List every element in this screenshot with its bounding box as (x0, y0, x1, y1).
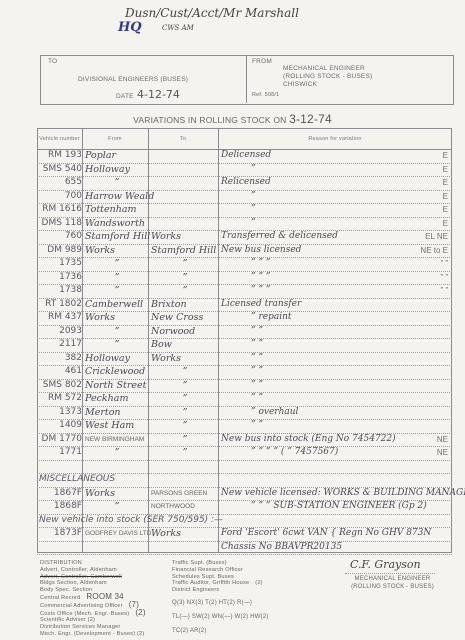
from-label: FROM (252, 58, 272, 65)
cell-vehicle (39, 460, 82, 474)
cell-from: Holloway (85, 352, 149, 366)
cell-code (408, 325, 448, 339)
cell-code (408, 379, 448, 393)
cell-reason: Ford 'Escort' 6cwt VAN { Regn No GHV 873… (221, 527, 421, 541)
cell-from: Tottenham (85, 203, 149, 217)
cell-vehicle: 382 (39, 352, 82, 366)
cell-reason: New bus into stock (Eng No 7454722) (221, 433, 421, 447)
cell-vehicle: 1867F (39, 487, 82, 501)
cell-code (408, 406, 448, 420)
distribution-item-text: Distribution Services Manager (40, 624, 120, 630)
district-codes-2: TL(—) SW(2) WN(—) W(2) HW(2) (172, 614, 269, 620)
cell-vehicle: 1735 (39, 257, 82, 271)
from-line-3: CHISWICK (283, 81, 317, 88)
distribution-item: Advert, Controller, Aldenham (40, 567, 146, 574)
cell-to: Works (151, 352, 219, 366)
distribution-list-right: Traffic Supt. (Buses)Financial Research … (172, 560, 263, 594)
cell-vehicle: RM 193 (39, 149, 82, 163)
cell-code: NE (408, 446, 448, 460)
cell-reason: Licensed transfer (221, 298, 421, 312)
table-row: RM 1616Tottenham”E (37, 203, 452, 217)
cell-from: ” (85, 257, 149, 271)
title-prefix: VARIATIONS IN ROLLING STOCK ON (133, 115, 286, 125)
table-row: 2117”Bow” ” (37, 338, 452, 352)
distribution-item-text: Central Record (40, 595, 80, 601)
cell-to: PARSONS GREEN (151, 487, 219, 501)
cell-code: EL NE (408, 230, 448, 244)
distribution-item: Financial Research Officer (172, 567, 263, 574)
table-row: RM 572Peckham”” ” (37, 392, 452, 406)
cell-from: Works (85, 487, 149, 501)
distribution-left-items: Advert, Controller, AldenhamAdvert, Cont… (40, 567, 146, 638)
title-date: 3-12-74 (289, 112, 332, 126)
cell-to: ” (151, 271, 219, 285)
cell-from: North Street (85, 379, 149, 393)
table-row: 1873FGODFREY DAVIS LTDWorksFord 'Escort'… (37, 527, 452, 541)
table-row: 461Cricklewood”” ” (37, 365, 452, 379)
cell-code (408, 500, 448, 514)
cell-to: Works (151, 527, 219, 541)
table-row: 1735””” ” ”” ” (37, 257, 452, 271)
cell-to: ” (151, 284, 219, 298)
cell-to: ” (151, 392, 219, 406)
table-row: SMS 540Holloway”E (37, 163, 452, 177)
cell-to: ” (151, 433, 219, 447)
distribution-item-text: Advert, Controller, Aldenham (40, 567, 117, 573)
table-row: 1738””” ” ”” ” (37, 284, 452, 298)
row-rule (37, 554, 452, 555)
page-title: VARIATIONS IN ROLLING STOCK ON 3-12-74 (0, 112, 465, 126)
cell-to: Bow (151, 338, 219, 352)
cell-reason (221, 460, 421, 474)
table-row: RM 437WorksNew Cross” repaint (37, 311, 452, 325)
routing-annotation: Dusn/Cust/Acct/Mr Marshall (125, 6, 299, 20)
distribution-item-text: Costs Office (Mech. Engr.-Buses) (40, 611, 129, 617)
table-row: 655”RelicensedE (37, 176, 452, 190)
cell-to: New Cross (151, 311, 219, 325)
distribution-item: Scientific Adviser (2) (40, 617, 146, 624)
table-row: 1736””” ” ”” ” (37, 271, 452, 285)
cell-reason (221, 514, 421, 528)
cell-code (408, 460, 448, 474)
col-header-vehicle: Vehicle number (37, 128, 82, 149)
cell-vehicle: 655 (39, 176, 82, 190)
to-label: TO (48, 58, 57, 65)
cell-code (408, 298, 448, 312)
cell-from (85, 473, 149, 487)
distribution-item-text: Traffic Auditor, Griffith House (172, 580, 249, 586)
cell-code: E (408, 217, 448, 231)
table-row: 700Harrow Weald”E (37, 190, 452, 204)
cell-vehicle: RM 437 (39, 311, 82, 325)
cell-reason: Relicensed (221, 176, 421, 190)
cell-from: ” (85, 325, 149, 339)
cell-to: Brixton (151, 298, 219, 312)
signature-line (345, 573, 435, 574)
cell-vehicle: DM 1770 (39, 433, 82, 447)
address-divider (246, 55, 247, 103)
distribution-item-text: Financial Research Officer (172, 567, 243, 573)
cell-vehicle: RM 572 (39, 392, 82, 406)
cell-code: NE to E (408, 244, 448, 258)
cell-reason: Chassis No BBAVPR20135 (221, 541, 421, 555)
ref-number: Ref. 508/1 (252, 92, 279, 98)
table-row: DM 989WorksStamford HillNew bus licensed… (37, 244, 452, 258)
cell-from (85, 514, 149, 528)
from-line-2: (ROLLING STOCK - BUSES) (283, 73, 372, 80)
date-value: 4-12-74 (137, 88, 180, 101)
cell-from: ” (85, 500, 149, 514)
cell-to (151, 203, 219, 217)
table-row: 1868F”NORTHWOOD” ” ” SUB-STATION ENGINEE… (37, 500, 452, 514)
cell-to (151, 460, 219, 474)
cell-to: ” (151, 257, 219, 271)
cell-vehicle: 700 (39, 190, 82, 204)
cell-to (151, 176, 219, 190)
signature: C.F. Grayson (350, 558, 421, 571)
cell-reason: New vehicle licensed: WORKS & BUILDING M… (221, 487, 421, 501)
cell-from: Poplar (85, 149, 149, 163)
cell-code (408, 392, 448, 406)
cell-to (151, 149, 219, 163)
cell-from: NEW BIRMINGHAM (85, 433, 149, 447)
cell-vehicle: 1409 (39, 419, 82, 433)
cell-from: Works (85, 311, 149, 325)
cell-code (408, 527, 448, 541)
distribution-item: Traffic Auditor, Griffith House(2) (172, 580, 263, 587)
cell-code: ” ” (408, 271, 448, 285)
table-row: 1771””” ” ” ” ( ” 7457567)NE (37, 446, 452, 460)
cell-from: Merton (85, 406, 149, 420)
distribution-item: Traffic Supt. (Buses) (172, 560, 263, 567)
cell-reason: Delicensed (221, 149, 421, 163)
distribution-item-text: Advert, Controller, Camberwell (40, 574, 122, 580)
cell-from: Peckham (85, 392, 149, 406)
cell-to: ” (151, 446, 219, 460)
cell-from: GODFREY DAVIS LTD (85, 527, 149, 541)
table-row: SMS 802North Street”” ” (37, 379, 452, 393)
cell-code: E (408, 176, 448, 190)
table-row (37, 460, 452, 474)
distribution-item: Schedules Supt. Buses (172, 574, 263, 581)
cell-to: Works (151, 230, 219, 244)
col-header-to: To (148, 128, 218, 149)
distribution-item: District Engineers (172, 587, 263, 594)
distribution-annotation: ROOM 34 (86, 592, 123, 601)
cell-from: Camberwell (85, 298, 149, 312)
distribution-annotation: (2) (135, 608, 145, 617)
col-header-from: From (82, 128, 148, 149)
cell-to: ” (151, 379, 219, 393)
cell-code (408, 311, 448, 325)
cell-from: ” (85, 271, 149, 285)
table-row: DM 1770NEW BIRMINGHAM”New bus into stock… (37, 433, 452, 447)
cell-from: Stamford Hill (85, 230, 149, 244)
district-codes-3: TC(2) AR(2) (172, 628, 207, 634)
table-row: DMS 118Wandsworth”E (37, 217, 452, 231)
cell-code: E (408, 149, 448, 163)
cell-vehicle: 1868F (39, 500, 82, 514)
table-row: RM 193PoplarDelicensedE (37, 149, 452, 163)
distribution-item-text: Traffic Supt. (Buses) (172, 560, 227, 566)
cell-from: West Ham (85, 419, 149, 433)
table-row: 382HollowayWorks” ” (37, 352, 452, 366)
cell-from: ” (85, 338, 149, 352)
cell-vehicle: 2117 (39, 338, 82, 352)
cell-vehicle (39, 541, 82, 555)
cell-to: ” (151, 406, 219, 420)
cell-to: ” (151, 365, 219, 379)
cell-to (151, 217, 219, 231)
cell-from: ” (85, 284, 149, 298)
cell-from: ” (85, 176, 149, 190)
cell-reason (221, 473, 421, 487)
distribution-item: Costs Office (Mech. Engr.-Buses)(2) (40, 610, 146, 618)
initials-annotation: HQ (118, 20, 142, 35)
cell-vehicle: RT 1802 (39, 298, 82, 312)
cell-code (408, 514, 448, 528)
distribution-item: Mech. Engr. (Development - Buses) (2) (40, 631, 146, 638)
cell-reason: New bus licensed (221, 244, 421, 258)
distribution-label: DISTRIBUTION (40, 560, 146, 567)
cell-vehicle: 2093 (39, 325, 82, 339)
cell-vehicle: DMS 118 (39, 217, 82, 231)
cell-code: E (408, 163, 448, 177)
cell-from: Works (85, 244, 149, 258)
cell-vehicle: 1738 (39, 284, 82, 298)
cell-vehicle: 461 (39, 365, 82, 379)
cell-code (408, 365, 448, 379)
table-row: 2093”Norwood” ” (37, 325, 452, 339)
cell-reason: Transferred & delicensed (221, 230, 421, 244)
distribution-item-text: Bldgs Section, Aldenham (40, 580, 107, 586)
distribution-item-text: Mech. Engr. (Development - Buses) (2) (40, 631, 144, 637)
date-label: DATE (116, 93, 134, 100)
cell-vehicle: SMS 540 (39, 163, 82, 177)
cell-from: Holloway (85, 163, 149, 177)
cell-to (151, 541, 219, 555)
col-header-reason: Reason for variation (218, 128, 452, 149)
table-row: 1867FWorksPARSONS GREENNew vehicle licen… (37, 487, 452, 501)
from-line-1: MECHANICAL ENGINEER (283, 65, 365, 72)
cell-vehicle: 1373 (39, 406, 82, 420)
distribution-item-text: District Engineers (172, 587, 219, 593)
cell-vehicle: 760 (39, 230, 82, 244)
cell-code: E (408, 190, 448, 204)
cell-code (408, 338, 448, 352)
distribution-item: Commercial Advertising Officer(7) (40, 602, 146, 610)
cell-code: NE (408, 433, 448, 447)
distribution-item-text: Schedules Supt. Buses (172, 574, 234, 580)
cell-to: NORTHWOOD (151, 500, 219, 514)
cell-to: Stamford Hill (151, 244, 219, 258)
cell-vehicle: 1771 (39, 446, 82, 460)
cell-code: E (408, 203, 448, 217)
cell-code (408, 419, 448, 433)
to-value: DIVISIONAL ENGINEERS (BUSES) (78, 76, 188, 83)
distribution-item: Bldgs Section, Aldenham (40, 580, 146, 587)
distribution-item: Distribution Services Manager (40, 624, 146, 631)
distribution-list-left: DISTRIBUTION Advert, Controller, Aldenha… (40, 560, 146, 638)
table-row: 1373Merton”” overhaul (37, 406, 452, 420)
cell-to (151, 190, 219, 204)
cell-vehicle: RM 1616 (39, 203, 82, 217)
cell-to (151, 473, 219, 487)
cell-vehicle: DM 989 (39, 244, 82, 258)
cell-code (408, 487, 448, 501)
signature-title-1: MECHANICAL ENGINEER (345, 575, 440, 583)
cell-code (408, 541, 448, 555)
signature-title-2: (ROLLING STOCK - BUSES) (345, 583, 440, 591)
cell-from: ” (85, 446, 149, 460)
table-row: 760Stamford HillWorksTransferred & delic… (37, 230, 452, 244)
distribution-item-text: Body Spec. Section (40, 587, 92, 593)
cell-from: Cricklewood (85, 365, 149, 379)
cell-from (85, 460, 149, 474)
district-codes-1: Q(3) NX(3) T(2) HT(2) R(—) (172, 600, 252, 606)
table-row: MISCELLANEOUS (37, 473, 452, 487)
cell-vehicle: 1873F (39, 527, 82, 541)
cell-to: ” (151, 419, 219, 433)
distribution-annotation: (2) (255, 580, 262, 586)
cell-from: Wandsworth (85, 217, 149, 231)
cell-vehicle: SMS 802 (39, 379, 82, 393)
cell-from: Harrow Weald (85, 190, 149, 204)
distribution-right-items: Traffic Supt. (Buses)Financial Research … (172, 560, 263, 594)
cell-vehicle: 1736 (39, 271, 82, 285)
cell-code: ” ” (408, 257, 448, 271)
cell-code (408, 473, 448, 487)
distribution-item: Advert, Controller, Camberwell (40, 574, 146, 581)
signature-title: MECHANICAL ENGINEER (ROLLING STOCK - BUS… (345, 575, 440, 591)
distribution-item-text: Commercial Advertising Officer (40, 603, 123, 609)
distribution-item-text: Scientific Adviser (2) (40, 617, 95, 623)
table-row: RT 1802CamberwellBrixtonLicensed transfe… (37, 298, 452, 312)
cell-code: ” ” (408, 284, 448, 298)
table-row: New vehicle into stock (SER 750/595) :— (37, 514, 452, 528)
table-row: 1409West Ham”” ” (37, 419, 452, 433)
table-row: Chassis No BBAVPR20135 (37, 541, 452, 555)
cell-from (85, 541, 149, 555)
cell-to (151, 163, 219, 177)
initials-note: CWS AM (162, 24, 194, 32)
cell-to (151, 514, 219, 528)
cell-to: Norwood (151, 325, 219, 339)
cell-code (408, 352, 448, 366)
